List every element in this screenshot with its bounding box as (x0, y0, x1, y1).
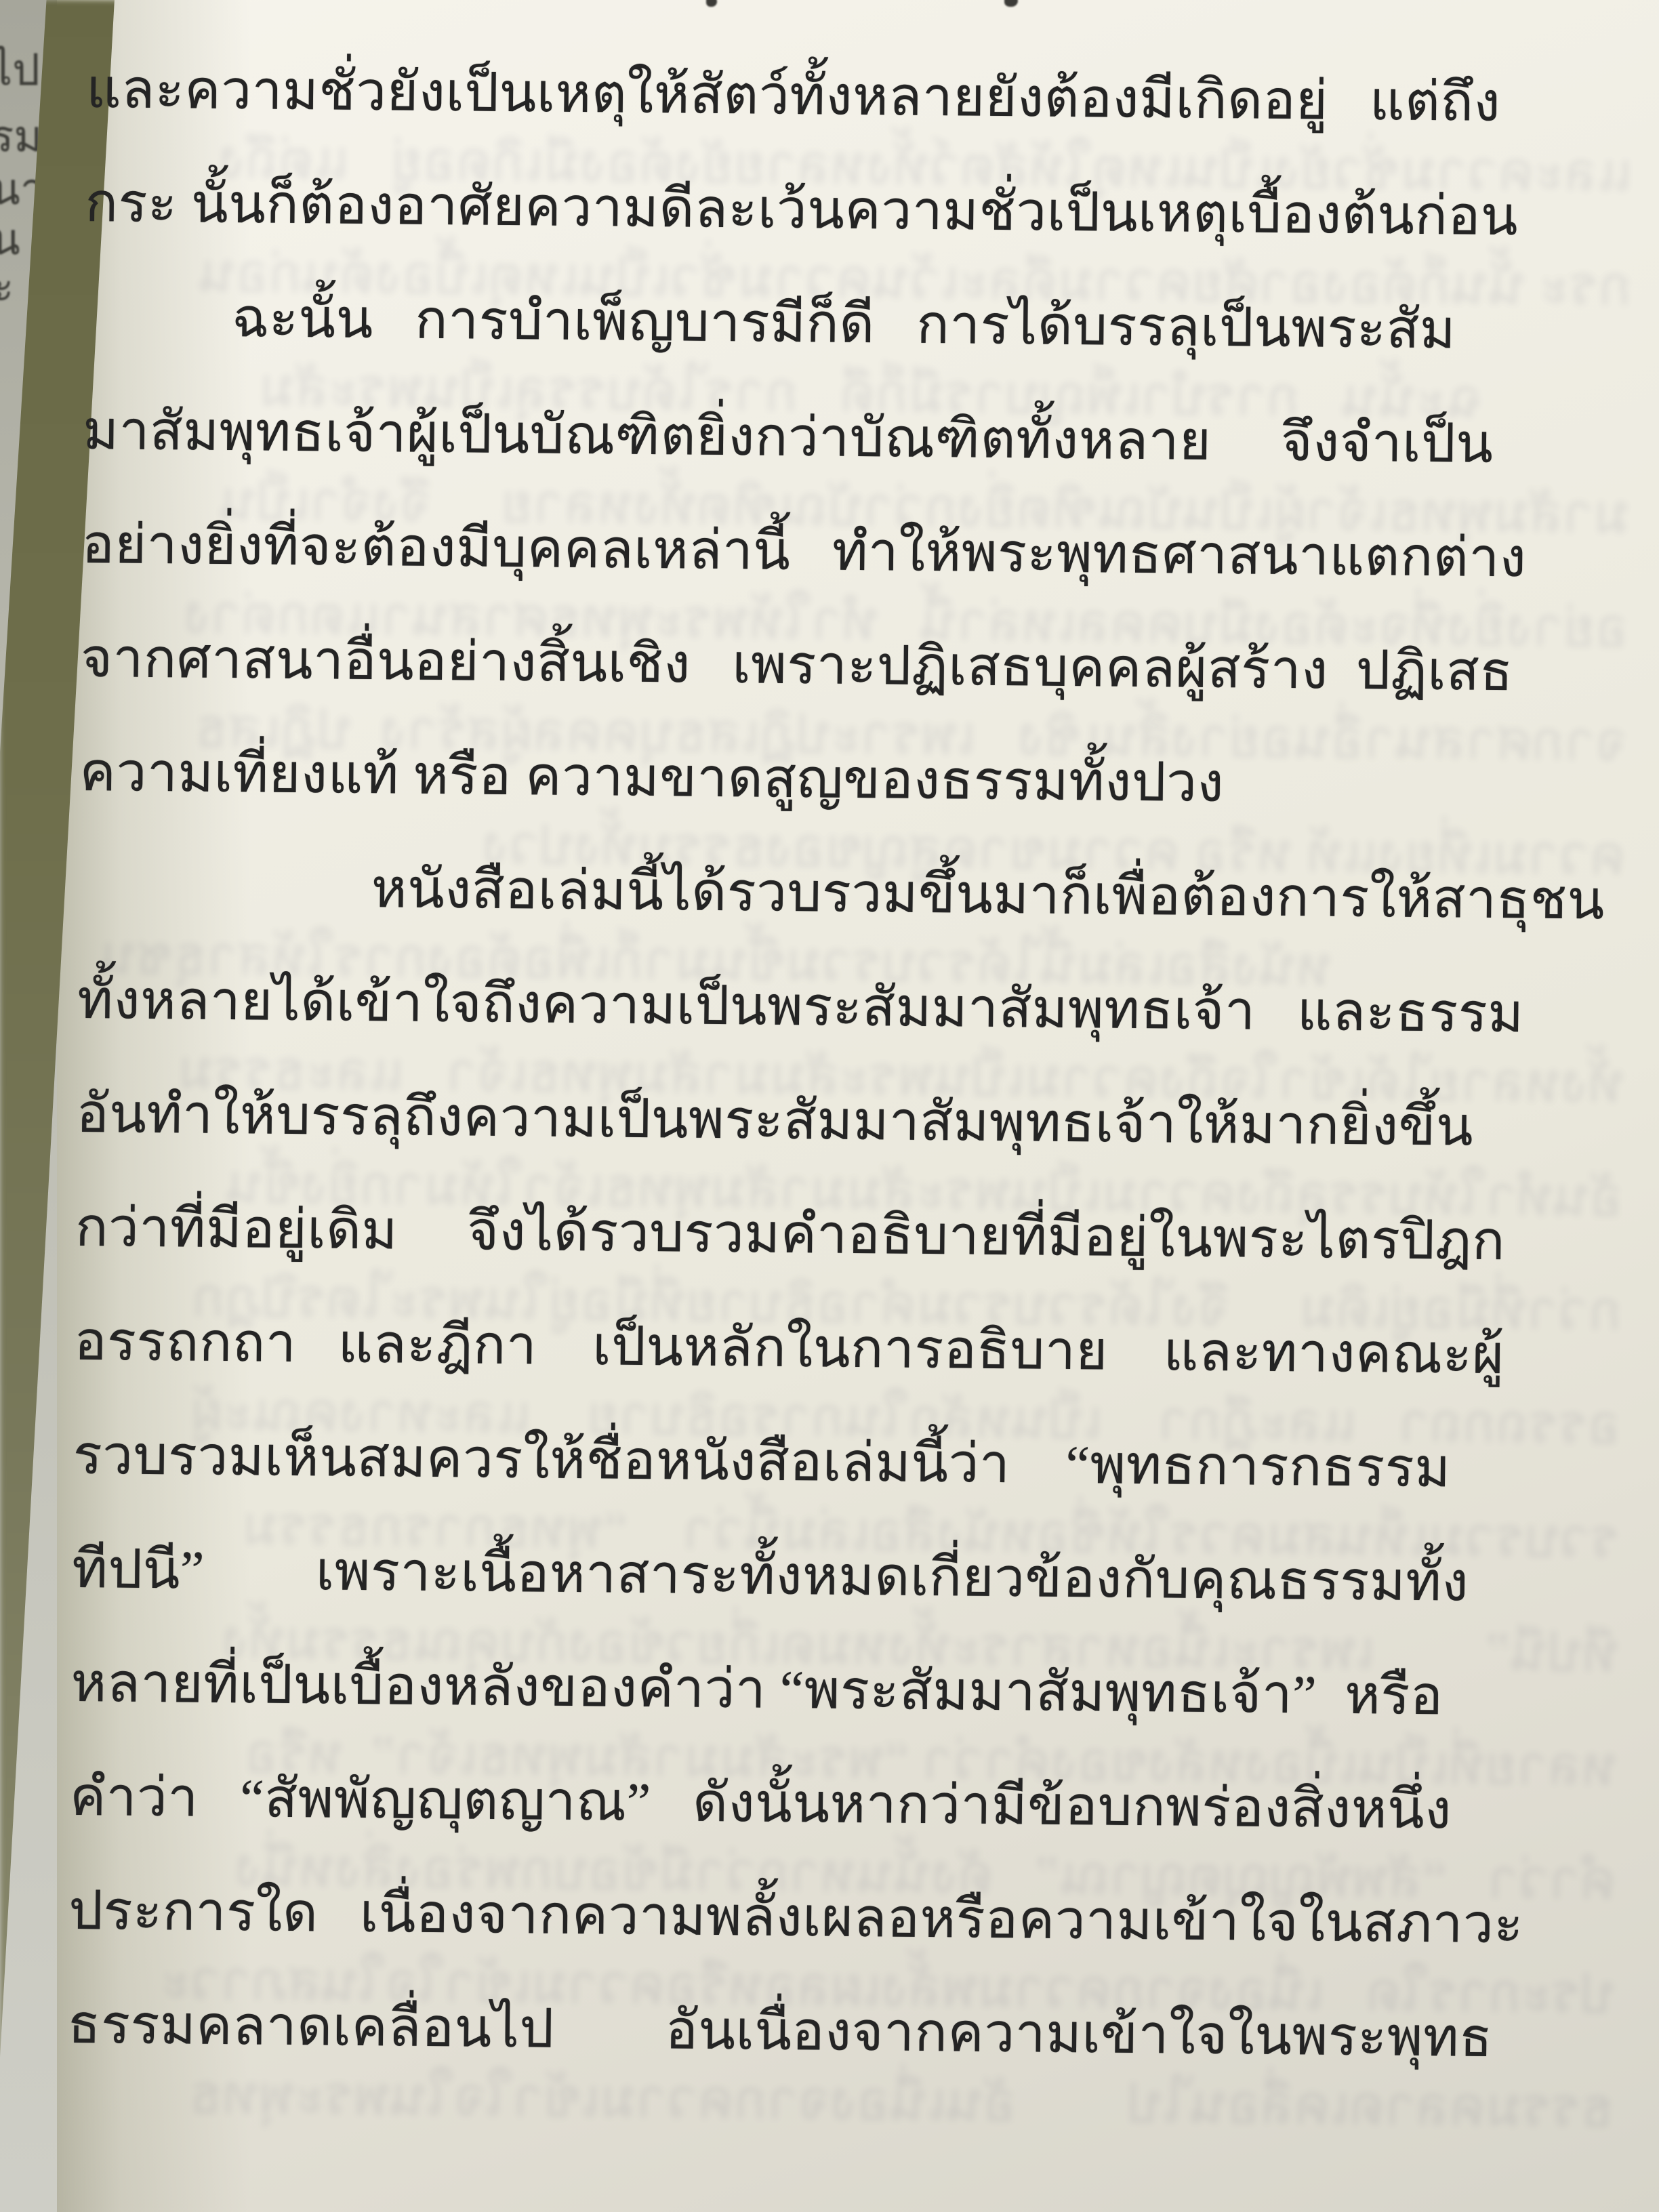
text-line: ทีปนี” เพราะเนื้อหาสาระทั้งหมดเกี่ยวข้อง… (71, 1513, 1611, 1641)
text-line: หนังสือเล่มนี้ได้รวบรวมขึ้นมาก็เพื่อต้อง… (78, 829, 1618, 958)
text-line: และความชั่วยังเป็นเหตุให้สัตว์ทั้งหลายยั… (85, 33, 1625, 161)
text-line: อย่างยิ่งที่จะต้องมีบุคคลเหล่านี้ ทำให้พ… (81, 488, 1621, 617)
cutoff-glyph-fragment (706, 0, 717, 7)
text-line: อันทำให้บรรลุถึงความเป็นพระสัมมาสัมพุทธเ… (76, 1057, 1616, 1186)
facing-page-text-fragment: ไป (0, 35, 40, 104)
facing-page-text-fragment: ะ (0, 252, 14, 321)
text-line: มาสัมพุทธเจ้าผู้เป็นบัณฑิตยิ่งกว่าบัณฑิต… (83, 374, 1622, 503)
text-line: ทั้งหลายได้เข้าใจถึงความเป็นพระสัมมาสัมพ… (77, 943, 1616, 1072)
text-line: หลายที่เป็นเบื้องหลังของคำว่า “พระสัมมาส… (70, 1626, 1610, 1755)
text-line: ความเที่ยงแท้ หรือ ความขาดสูญของธรรมทั้ง… (79, 716, 1619, 844)
text-line: คำว่า “สัพพัญญุตญาณ” ดังนั้นหากว่ามีข้อบ… (69, 1740, 1609, 1869)
page-text: และความชั่วยังเป็นเหตุให้สัตว์ทั้งหลายยั… (67, 33, 1625, 2097)
text-line: อรรถกถา และฎีกา เป็นหลักในการอธิบาย และท… (74, 1285, 1614, 1414)
book-page-photo: ไปรมนานะ และความชั่วยังเป็นเหตุให้สัตว์ท… (0, 0, 1659, 2212)
text-line: ประการใด เนื่องจากความพลั้งเผลอหรือความเ… (68, 1854, 1608, 1983)
text-line: รวบรวมเห็นสมควรให้ชื่อหนังสือเล่มนี้ว่า … (73, 1399, 1612, 1528)
text-line: จากศาสนาอื่นอย่างสิ้นเชิง เพราะปฏิเสธบุค… (80, 602, 1620, 731)
cutoff-glyph-fragment (1004, 0, 1018, 7)
text-line: กว่าที่มีอยู่เดิม จึงได้รวบรวมคำอธิบายที… (75, 1171, 1614, 1300)
text-line: กระ นั้นก็ต้องอาศัยความดีละเว้นความชั่วเ… (85, 146, 1624, 275)
text-line: ฉะนั้น การบำเพ็ญบารมีก็ดี การได้บรรลุเป็… (83, 260, 1623, 389)
text-line: ธรรมคลาดเคลื่อนไป อันเนื่องจากความเข้าใจ… (67, 1968, 1607, 2097)
